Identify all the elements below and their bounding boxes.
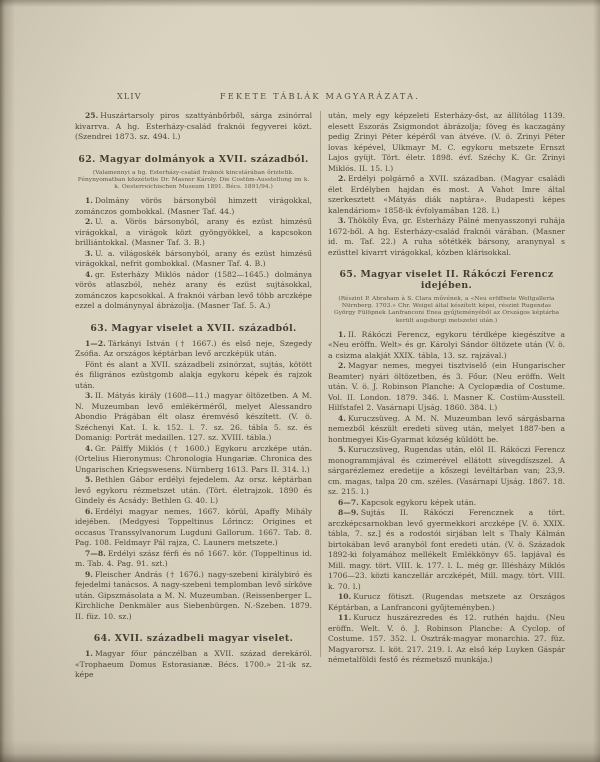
section-62-note: (Valamennyi a hg. Esterházy-család frakn… — [77, 170, 310, 192]
entry-text: Erdélyi polgárnő a XVII. században. (Mag… — [328, 174, 565, 215]
entry-64-2: 2.Erdélyi polgárnő a XVII. században. (M… — [328, 174, 565, 216]
entry-63-1-2: 1—2.Tárkányi István († 1667.) és első ne… — [75, 339, 312, 360]
entry-62-1: 1.Dolmány vörös bársonyból himzett virág… — [75, 196, 312, 217]
entry-64-1: 1.Magyar főur pánczélban a XVII. század … — [75, 649, 312, 681]
entry-number: 1—2. — [85, 339, 106, 348]
entry-text: Kurucz huszárezredes és 12. ruthén hajdu… — [328, 613, 565, 664]
entry-number: 4. — [338, 414, 346, 423]
entry-63-6: 6.Erdélyi magyar nemes, 1667. körül, Apa… — [75, 507, 312, 549]
entry-text: Sujtás II. Rákóczi Ferencznek a tört. ar… — [328, 508, 565, 591]
entry-number: 2. — [338, 174, 346, 183]
entry-text: Kuruczsüveg. A M. N. Muzeumban levő sárg… — [328, 414, 565, 444]
section-65-note: (Részint P. Abraham à S. Clara művének, … — [330, 296, 563, 325]
text-columns: 25.Huszártarsoly piros szattyánbőrből, s… — [75, 111, 565, 681]
entry-text: Kurucz fötiszt. (Rugendas metszete az Or… — [328, 592, 565, 612]
entry-number: 4. — [85, 444, 93, 453]
entry-65-5: 5.Kuruczsüveg, Rugendas után, elöl II. R… — [328, 445, 565, 498]
entry-number: 1. — [338, 330, 346, 339]
entry-63-3: 3.II. Mátyás király (1608—11.) magyar öl… — [75, 391, 312, 444]
entry-number: 6—7. — [338, 498, 359, 507]
entry-text: U. a. Vörös bársonyból, arany és ezüst h… — [75, 217, 312, 247]
entry-text: gr. Esterházy Miklós nádor (1582—1645.) … — [75, 270, 312, 311]
entry-text: Kuruczsüveg, Rugendas után, elöl II. Rák… — [328, 445, 565, 496]
entry-62-4: 4.gr. Esterházy Miklós nádor (1582—1645.… — [75, 270, 312, 312]
entry-number: 1. — [85, 196, 93, 205]
entry-65-11: 11.Kurucz huszárezredes és 12. ruthén ha… — [328, 613, 565, 666]
section-65-heading: 65. Magyar viselet II. Rákóczi Ferencz i… — [328, 269, 565, 291]
entry-65-10: 10.Kurucz fötiszt. (Rugendas metszete az… — [328, 592, 565, 613]
entry-number: 25. — [85, 111, 98, 120]
entry-64-1-continuation: után, mely egy képzeleti Esterházy-őst, … — [328, 111, 565, 174]
entry-text: Tárkányi István († 1667.) és első neje, … — [75, 339, 312, 359]
entry-text: II. Rákóczi Ferencz, egykoru térdképe ki… — [328, 330, 565, 360]
section-62-heading: 62. Magyar dolmányok a XVII. századból. — [75, 154, 312, 165]
entry-text: után, mely egy képzeleti Esterházy-őst, … — [328, 111, 565, 173]
entry-text: Magyar főur pánczélban a XVII. század de… — [75, 649, 312, 679]
entry-text: Kapcsok egykoru képek után. — [361, 498, 476, 507]
entry-65-1: 1.II. Rákóczi Ferencz, egykoru térdképe … — [328, 330, 565, 362]
entry-number: 5. — [338, 445, 346, 454]
entry-number: 2. — [85, 217, 93, 226]
section-64-heading: 64. XVII. századbeli magyar viselet. — [75, 633, 312, 644]
entry-text: Dolmány vörös bársonyból himzett virágok… — [75, 196, 312, 216]
right-column: után, mely egy képzeleti Esterházy-őst, … — [328, 111, 565, 681]
running-title: FEKETE TÁBLÁK MAGYARÁZATA. — [75, 91, 565, 101]
page-header: XLIV FEKETE TÁBLÁK MAGYARÁZATA. — [75, 91, 565, 104]
entry-text: Fönt és alant a XVII. századbeli zsinórz… — [75, 360, 312, 390]
book-page: XLIV FEKETE TÁBLÁK MAGYARÁZATA. 25.Huszá… — [0, 0, 600, 762]
column-divider — [320, 111, 321, 657]
entry-number: 4. — [85, 270, 93, 279]
entry-62-2: 2.U. a. Vörös bársonyból, arany és ezüst… — [75, 217, 312, 249]
entry-65-6-7: 6—7.Kapcsok egykoru képek után. — [328, 498, 565, 509]
entry-text: II. Mátyás király (1608—11.) magyar öltö… — [75, 391, 312, 442]
entry-text: Magyar nemes, megyei tisztviselő (ein Hu… — [328, 361, 565, 412]
entry-63-7-8: 7—8.Erdélyi szász férfi és nő 1667. kör.… — [75, 549, 312, 570]
section-63-heading: 63. Magyar viselet a XVII. századból. — [75, 323, 312, 334]
entry-number: 3. — [85, 391, 93, 400]
entry-65-4: 4.Kuruczsüveg. A M. N. Muzeumban levő sá… — [328, 414, 565, 446]
entry-number: 3. — [85, 249, 93, 258]
entry-number: 7—8. — [85, 549, 106, 558]
entry-text: Fleischer András († 1676.) nagy-szebeni … — [75, 570, 312, 621]
entry-number: 5. — [85, 475, 93, 484]
entry-number: 2. — [338, 361, 346, 370]
entry-number: 11. — [338, 613, 351, 622]
entry-63-9: 9.Fleischer András († 1676.) nagy-szeben… — [75, 570, 312, 623]
entry-number: 8—9. — [338, 508, 359, 517]
entry-63-5: 5.Bethlen Gábor erdélyi fejedelem. Az or… — [75, 475, 312, 507]
entry-number: 10. — [338, 592, 351, 601]
entry-64-3: 3.Thököly Éva, gr. Esterházy Pálné menya… — [328, 216, 565, 258]
entry-text: U. a. világoskék bársonyból, arany és ez… — [75, 249, 312, 269]
entry-62-3: 3.U. a. világoskék bársonyból, arany és … — [75, 249, 312, 270]
entry-text: Bethlen Gábor erdélyi fejedelem. Az orsz… — [75, 475, 312, 505]
entry-65-8-9: 8—9.Sujtás II. Rákóczi Ferencznek a tört… — [328, 508, 565, 592]
left-column: 25.Huszártarsoly piros szattyánbőrből, s… — [75, 111, 312, 681]
entry-63-continuation: Fönt és alant a XVII. századbeli zsinórz… — [75, 360, 312, 392]
entry-number: 6. — [85, 507, 93, 516]
entry-number: 3. — [338, 216, 346, 225]
entry-text: Erdélyi magyar nemes, 1667. körül, Apaff… — [75, 507, 312, 548]
entry-number: 1. — [85, 649, 93, 658]
entry-number: 9. — [85, 570, 93, 579]
entry-63-4: 4.Gr. Pálffy Miklós († 1600.) Egykoru ar… — [75, 444, 312, 476]
entry-text: Thököly Éva, gr. Esterházy Pálné menyass… — [328, 216, 565, 257]
entry-text: Erdélyi szász férfi és nő 1667. kör. (To… — [75, 549, 312, 569]
entry-65-2: 2.Magyar nemes, megyei tisztviselő (ein … — [328, 361, 565, 414]
entry-text: Huszártarsoly piros szattyánbőrből, sárg… — [75, 111, 312, 141]
entry-text: Gr. Pálffy Miklós († 1600.) Egykoru arcz… — [75, 444, 312, 474]
entry-25: 25.Huszártarsoly piros szattyánbőrből, s… — [75, 111, 312, 143]
